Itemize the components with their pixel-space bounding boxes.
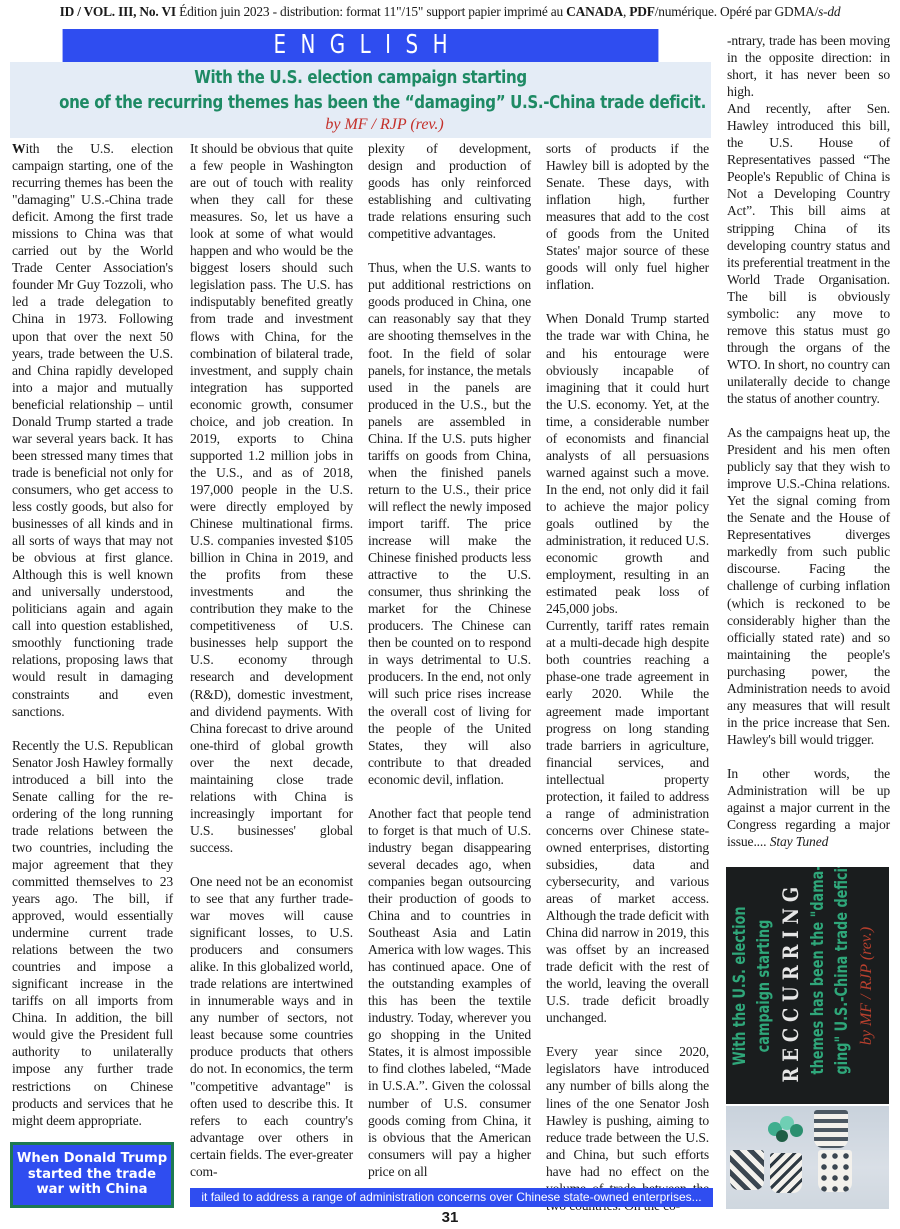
language-label: ENGLISH	[259, 29, 462, 62]
edition-info: Édition juin 2023 - distribution: format…	[176, 4, 566, 19]
paragraph: Currently, tariff rates remain at a mult…	[546, 617, 709, 1026]
paragraph: And recently, after Sen. Hawley introduc…	[727, 100, 890, 407]
striped-mug-icon	[814, 1110, 848, 1148]
stay-tuned: Stay Tuned	[770, 834, 829, 849]
mugs-photo	[726, 1106, 889, 1209]
headline-panel: With the U.S. election campaign starting…	[10, 62, 711, 138]
rotated-teaser-text: With the U.S. election campaign starting…	[728, 872, 888, 1099]
paragraph: It should be obvious that quite a few pe…	[190, 140, 353, 856]
article-column-5: -ntrary, trade has been moving in the op…	[727, 32, 890, 850]
paragraph: Thus, when the U.S. wants to put additio…	[368, 259, 531, 787]
page-number: 31	[0, 1209, 900, 1226]
teaser-byline: by MF / RJP (rev.)	[854, 872, 880, 1099]
country: CANADA	[566, 4, 623, 19]
teaser-keyword: RECCURRING	[776, 889, 806, 1082]
article-column-4: sorts of products if the Hawley bill is …	[546, 140, 709, 1214]
headline-line-2: one of the recurring themes has been the…	[59, 91, 662, 116]
pdf-label: PDF	[629, 4, 654, 19]
article-byline: by MF / RJP (rev.)	[10, 116, 711, 134]
paragraph: Another fact that people tend to forget …	[368, 805, 531, 1180]
operator-code: s-dd	[818, 4, 840, 19]
article-column-3: plexity of development, design and produ…	[368, 140, 531, 1180]
format-info: /numérique. Opéré par GDMA/	[655, 4, 818, 19]
paragraph: One need not be an economist to see that…	[190, 873, 353, 1180]
dotted-mug-icon	[818, 1150, 852, 1192]
flowers-icon	[764, 1116, 806, 1146]
article-column-2: It should be obvious that quite a few pe…	[190, 140, 353, 1180]
paragraph: When Donald Trump started the trade war …	[546, 310, 709, 617]
teaser-box: With the U.S. election campaign starting…	[726, 867, 889, 1104]
paragraph: plexity of development, design and produ…	[368, 140, 531, 242]
pull-quote-ticker: it failed to address a range of administ…	[190, 1188, 713, 1207]
paragraph: With the U.S. election campaign starting…	[12, 140, 173, 720]
pull-quote-callout: When Donald Trump started the trade war …	[10, 1142, 174, 1208]
paragraph: Recently the U.S. Republican Senator Jos…	[12, 737, 173, 1129]
paragraph: sorts of products if the Hawley bill is …	[546, 140, 709, 293]
masthead: ID / VOL. III, No. VI Édition juin 2023 …	[0, 4, 900, 20]
paragraph: -ntrary, trade has been moving in the op…	[727, 32, 890, 100]
issue-number: ID / VOL. III, No. VI	[60, 4, 176, 19]
paragraph: As the campaigns heat up, the President …	[727, 424, 890, 748]
language-banner: ENGLISH	[63, 29, 659, 62]
paragraph: In other words, the Administration will …	[727, 765, 890, 850]
drop-cap: W	[12, 141, 25, 156]
article-column-1: With the U.S. election campaign starting…	[12, 140, 173, 1129]
zigzag-mug-icon	[770, 1153, 802, 1193]
diamond-mug-icon	[730, 1150, 764, 1190]
headline-line-1: With the U.S. election campaign starting	[59, 66, 662, 91]
article-headline: With the U.S. election campaign starting…	[10, 66, 711, 116]
